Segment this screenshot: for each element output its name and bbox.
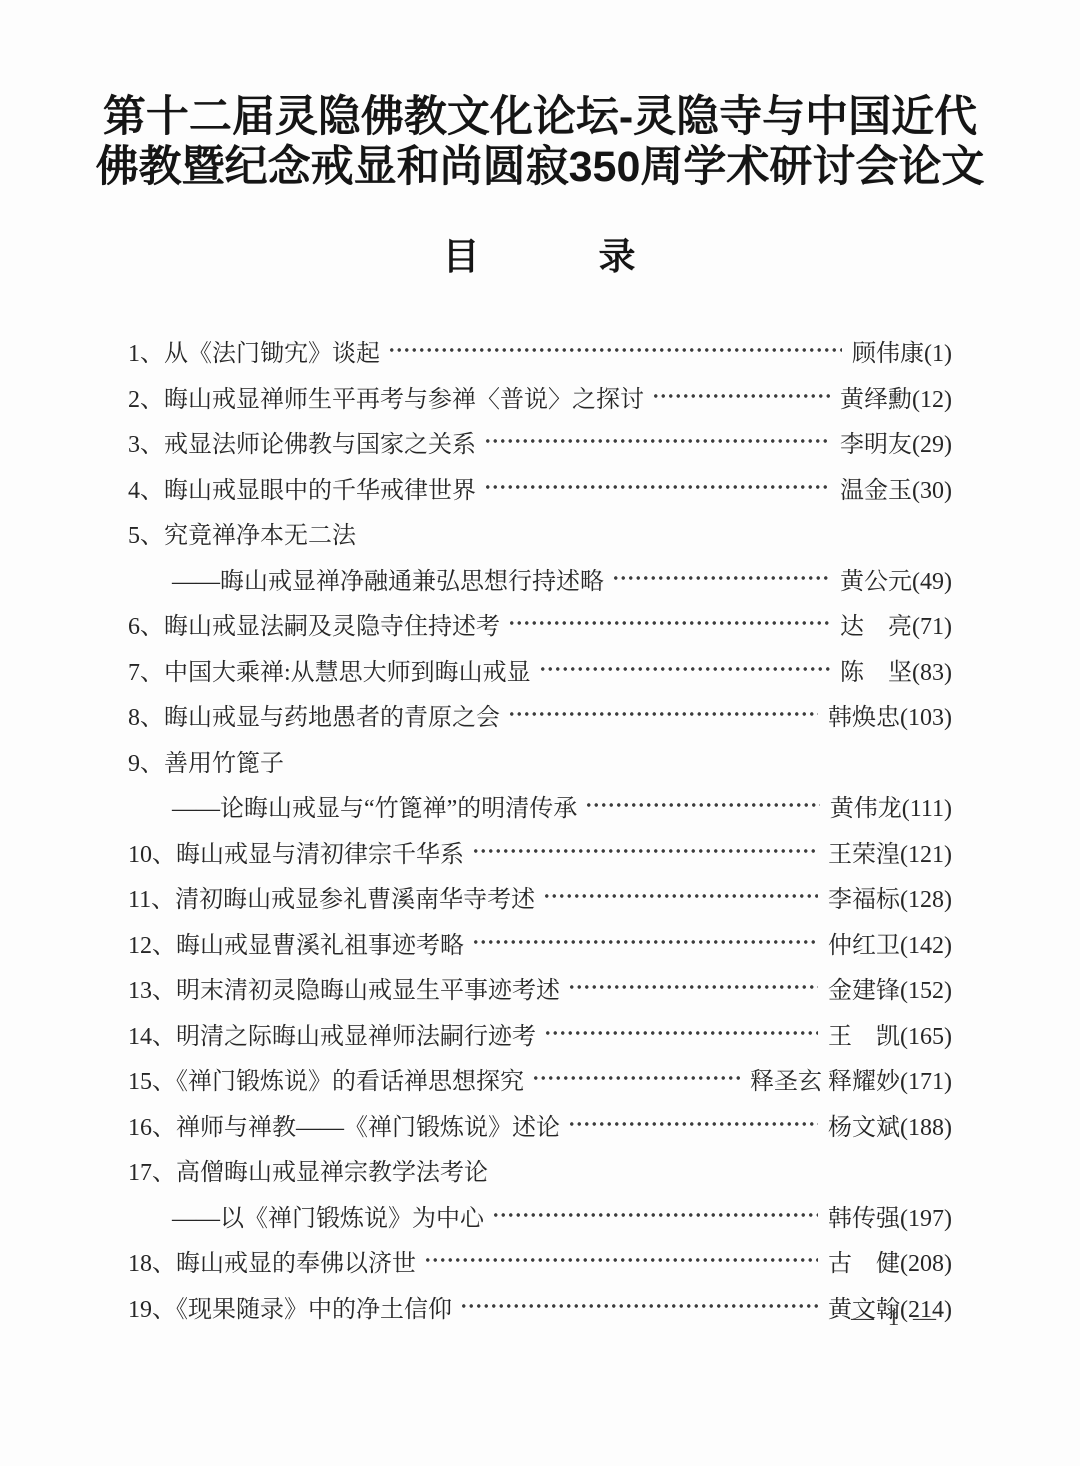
toc-entry: 12、晦山戒显曹溪礼祖事迹考略 仲红卫(142) [128, 920, 952, 966]
entry-title: 5、究竟禅净本无二法 [128, 515, 356, 550]
document-title: 第十二届灵隐佛教文化论坛-灵隐寺与中国近代 佛教暨纪念戒显和尚圆寂350周学术研… [64, 92, 1016, 192]
entry-author-page: 顾伟康(1) [852, 333, 952, 368]
entry-title: 3、戒显法师论佛教与国家之关系 [128, 424, 476, 459]
document-title-line1: 第十二届灵隐佛教文化论坛-灵隐寺与中国近代 [64, 92, 1016, 142]
dot-leader [532, 1067, 740, 1091]
entry-author-page: 陈 坚(83) [840, 652, 952, 687]
toc-entry: 1、从《法门锄宄》谈起 顾伟康(1) [128, 328, 952, 374]
entry-title: 6、晦山戒显法嗣及灵隐寺住持述考 [128, 606, 500, 641]
toc-entry: 4、晦山戒显眼中的千华戒律世界 温金玉(30) [128, 465, 952, 511]
toc-entry: 5、究竟禅净本无二法 [128, 510, 952, 556]
document-title-line2: 佛教暨纪念戒显和尚圆寂350周学术研讨会论文 [64, 142, 1016, 192]
entry-author-page: 黄公元(49) [840, 561, 952, 596]
page-number: — 1 — [851, 1305, 940, 1331]
toc-entry: 8、晦山戒显与药地愚者的青原之会 韩焕忠(103) [128, 692, 952, 738]
entry-author-page: 韩传强(197) [828, 1198, 952, 1233]
toc-entry: 10、晦山戒显与清初律宗千华系 王荣湟(121) [128, 829, 952, 875]
entry-title: 7、中国大乘禅:从慧思大师到晦山戒显 [128, 652, 531, 687]
toc-entry: 13、明末清初灵隐晦山戒显生平事迹考述 金建锋(152) [128, 965, 952, 1011]
toc-entry: 11、清初晦山戒显参礼曹溪南华寺考述 李福标(128) [128, 874, 952, 920]
entry-title: 1、从《法门锄宄》谈起 [128, 333, 380, 368]
entry-author-page: 温金玉(30) [840, 470, 952, 505]
dot-leader [568, 976, 818, 1000]
dot-leader [539, 657, 830, 681]
entry-author-page: 王 凯(165) [828, 1016, 952, 1051]
toc-heading: 目 录 [0, 226, 1080, 280]
dot-leader [484, 475, 830, 499]
document-page: 第十二届灵隐佛教文化论坛-灵隐寺与中国近代 佛教暨纪念戒显和尚圆寂350周学术研… [0, 0, 1080, 1466]
dot-leader [388, 339, 842, 363]
toc-list: 1、从《法门锄宄》谈起 顾伟康(1) 2、晦山戒显禅师生平再考与参禅〈普说〉之探… [128, 328, 952, 1329]
entry-title: 11、清初晦山戒显参礼曹溪南华寺考述 [128, 879, 535, 914]
entry-author-page: 王荣湟(121) [828, 834, 952, 869]
entry-author-page: 古 健(208) [828, 1243, 952, 1278]
dot-leader [544, 1021, 818, 1045]
entry-author-page: 金建锋(152) [828, 970, 952, 1005]
toc-entry: 16、禅师与禅教——《禅门锻炼说》述论 杨文斌(188) [128, 1102, 952, 1148]
dot-leader [460, 1294, 818, 1318]
dot-leader [472, 839, 818, 863]
toc-entry: 6、晦山戒显法嗣及灵隐寺住持述考 达 亮(71) [128, 601, 952, 647]
entry-author-page: 杨文斌(188) [828, 1107, 952, 1142]
entry-title: 16、禅师与禅教——《禅门锻炼说》述论 [128, 1107, 560, 1142]
entry-title: 4、晦山戒显眼中的千华戒律世界 [128, 470, 476, 505]
entry-author-page: 黄伟龙(111) [830, 788, 952, 823]
dot-leader [585, 794, 819, 818]
dot-leader [508, 612, 830, 636]
entry-title: 14、明清之际晦山戒显禅师法嗣行迹考 [128, 1016, 536, 1051]
toc-entry: ——以《禅门锻炼说》为中心 韩传强(197) [128, 1193, 952, 1239]
entry-author-page: 李福标(128) [828, 879, 952, 914]
dot-leader [472, 930, 818, 954]
entry-title: ——晦山戒显禅净融通兼弘思想行持述略 [128, 561, 604, 596]
entry-title: 8、晦山戒显与药地愚者的青原之会 [128, 697, 500, 732]
dot-leader [484, 430, 830, 454]
entry-title: 17、高僧晦山戒显禅宗教学法考论 [128, 1152, 488, 1187]
toc-entry: ——晦山戒显禅净融通兼弘思想行持述略 黄公元(49) [128, 556, 952, 602]
dot-leader [652, 384, 830, 408]
toc-entry: 19、《现果随录》中的净土信仰 黄文翰(214) [128, 1284, 952, 1330]
dot-leader [612, 566, 830, 590]
entry-author-page: 仲红卫(142) [828, 925, 952, 960]
entry-author-page: 释圣玄 释耀妙(171) [750, 1061, 952, 1096]
toc-entry: 9、善用竹篦子 [128, 738, 952, 784]
toc-entry: 17、高僧晦山戒显禅宗教学法考论 [128, 1147, 952, 1193]
toc-entry: 3、戒显法师论佛教与国家之关系 李明友(29) [128, 419, 952, 465]
toc-entry: 14、明清之际晦山戒显禅师法嗣行迹考 王 凯(165) [128, 1011, 952, 1057]
entry-title: 18、晦山戒显的奉佛以济世 [128, 1243, 416, 1278]
toc-entry: 7、中国大乘禅:从慧思大师到晦山戒显 陈 坚(83) [128, 647, 952, 693]
dot-leader [568, 1112, 818, 1136]
dot-leader [424, 1249, 818, 1273]
entry-author-page: 黄绎勳(12) [840, 379, 952, 414]
entry-title: 15、《禅门锻炼说》的看话禅思想探究 [128, 1061, 524, 1096]
entry-title: ——以《禅门锻炼说》为中心 [128, 1198, 484, 1233]
entry-title: 13、明末清初灵隐晦山戒显生平事迹考述 [128, 970, 560, 1005]
entry-title: 12、晦山戒显曹溪礼祖事迹考略 [128, 925, 464, 960]
entry-author-page: 达 亮(71) [840, 606, 952, 641]
toc-entry: ——论晦山戒显与“竹篦禅”的明清传承 黄伟龙(111) [128, 783, 952, 829]
entry-title: ——论晦山戒显与“竹篦禅”的明清传承 [128, 788, 577, 823]
dot-leader [492, 1203, 818, 1227]
entry-title: 2、晦山戒显禅师生平再考与参禅〈普说〉之探讨 [128, 379, 644, 414]
entry-author-page: 韩焕忠(103) [828, 697, 952, 732]
toc-entry: 2、晦山戒显禅师生平再考与参禅〈普说〉之探讨 黄绎勳(12) [128, 374, 952, 420]
toc-entry: 15、《禅门锻炼说》的看话禅思想探究 释圣玄 释耀妙(171) [128, 1056, 952, 1102]
entry-title: 9、善用竹篦子 [128, 743, 284, 778]
toc-entry: 18、晦山戒显的奉佛以济世 古 健(208) [128, 1238, 952, 1284]
entry-title: 10、晦山戒显与清初律宗千华系 [128, 834, 464, 869]
entry-author-page: 李明友(29) [840, 424, 952, 459]
entry-title: 19、《现果随录》中的净土信仰 [128, 1289, 452, 1324]
dot-leader [508, 703, 818, 727]
dot-leader [543, 885, 818, 909]
